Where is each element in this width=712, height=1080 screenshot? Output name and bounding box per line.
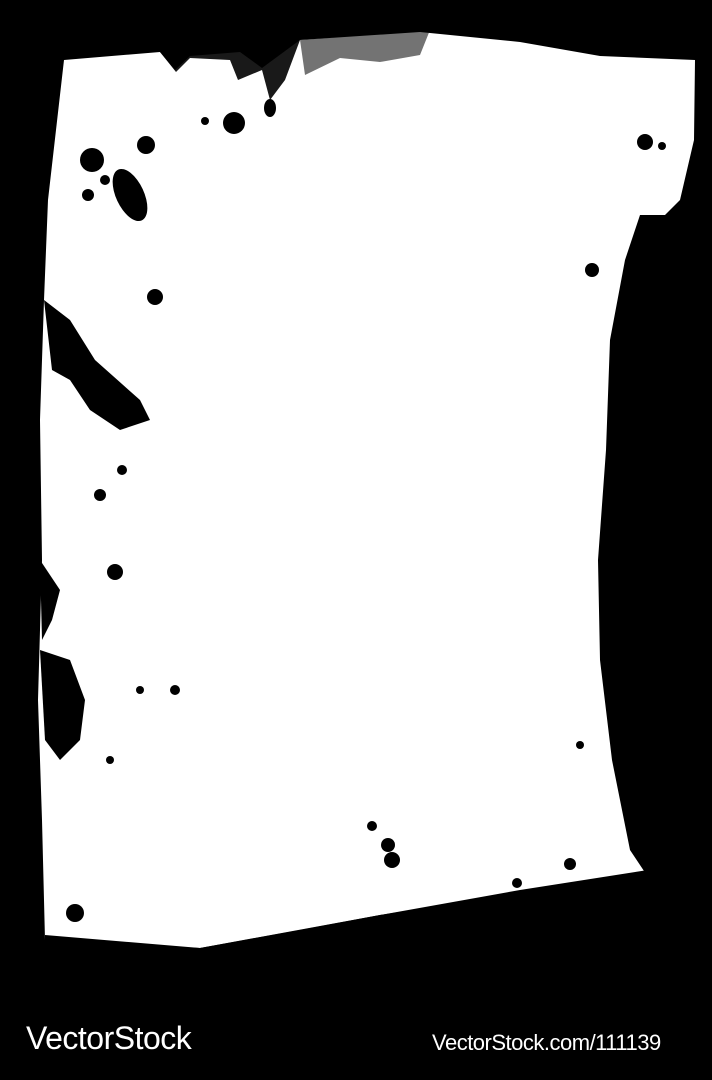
watermark-brand: VectorStock [26,1020,191,1057]
grunge-frame-artwork [0,0,712,1080]
watermark-url-id: VectorStock.com/111139 [432,1030,661,1056]
paper-sheet [38,32,695,948]
